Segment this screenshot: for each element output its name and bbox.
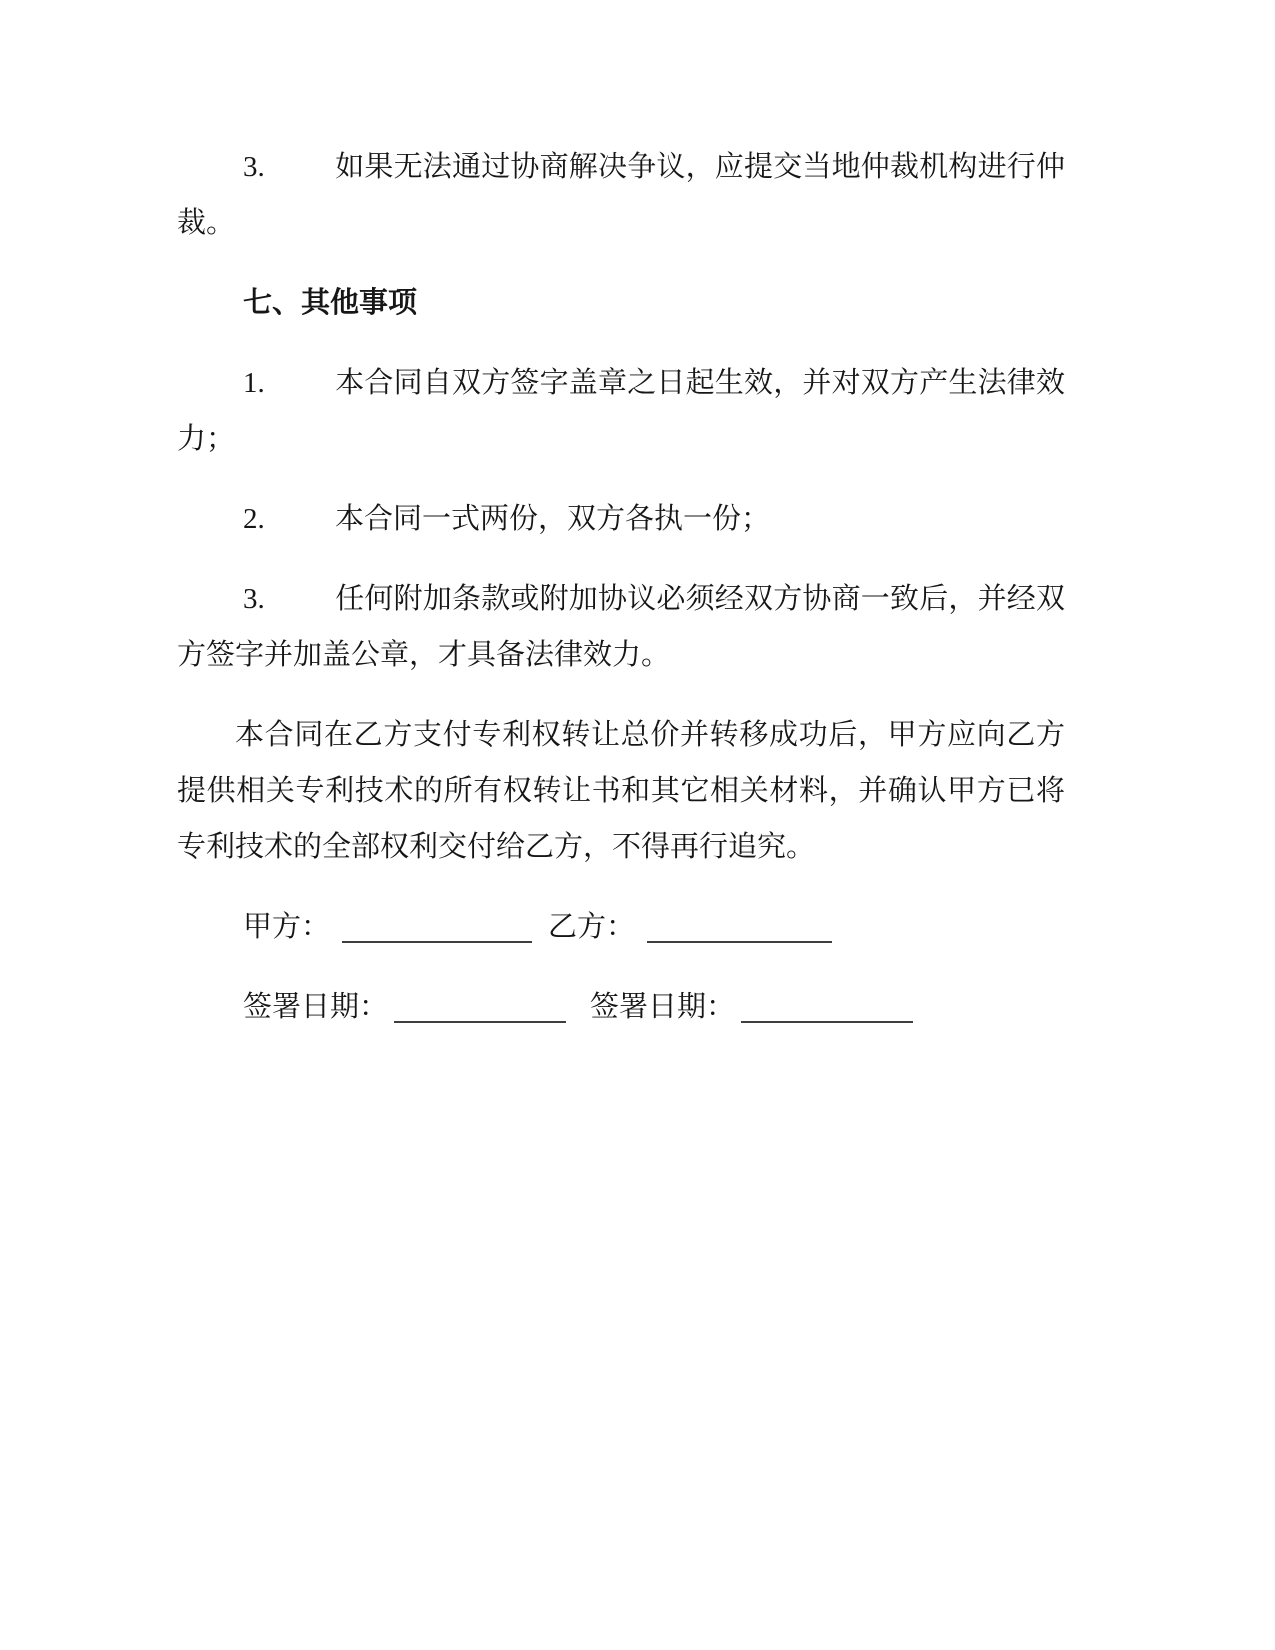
party-b-label: 乙方： [548, 911, 635, 943]
item-number: 3. [243, 571, 335, 627]
signature-row: 甲方：乙方： [177, 899, 1065, 955]
item-number: 1. [243, 355, 335, 411]
other-matters-item-1: 1.本合同自双方签字盖章之日起生效，并对双方产生法律效力； [177, 355, 1065, 467]
dispute-resolution-item: 3.如果无法通过协商解决争议，应提交当地仲裁机构进行仲裁。 [177, 139, 1065, 251]
party-a-label: 甲方： [243, 911, 330, 943]
sign-date-row: 签署日期：签署日期： [177, 979, 1065, 1035]
sign-date-b-label: 签署日期： [590, 991, 735, 1023]
party-b-signature-blank [647, 911, 832, 943]
item-number: 2. [243, 491, 335, 547]
other-matters-item-2: 2.本合同一式两份，双方各执一份； [177, 491, 1065, 547]
other-matters-item-3: 3.任何附加条款或附加协议必须经双方协商一致后，并经双方签字并加盖公章，才具备法… [177, 571, 1065, 683]
sign-date-a-label: 签署日期： [243, 991, 388, 1023]
sign-date-a-blank [394, 991, 566, 1023]
item-text: 本合同一式两份，双方各执一份； [335, 503, 770, 535]
party-a-signature-blank [342, 911, 532, 943]
closing-paragraph: 本合同在乙方支付专利权转让总价并转移成功后，甲方应向乙方提供相关专利技术的所有权… [177, 707, 1065, 875]
section-heading-other-matters: 七、其他事项 [177, 275, 1065, 331]
contract-document-page: 3.如果无法通过协商解决争议，应提交当地仲裁机构进行仲裁。 七、其他事项 1.本… [0, 0, 1275, 1650]
sign-date-b-blank [741, 991, 913, 1023]
item-number: 3. [243, 139, 335, 195]
